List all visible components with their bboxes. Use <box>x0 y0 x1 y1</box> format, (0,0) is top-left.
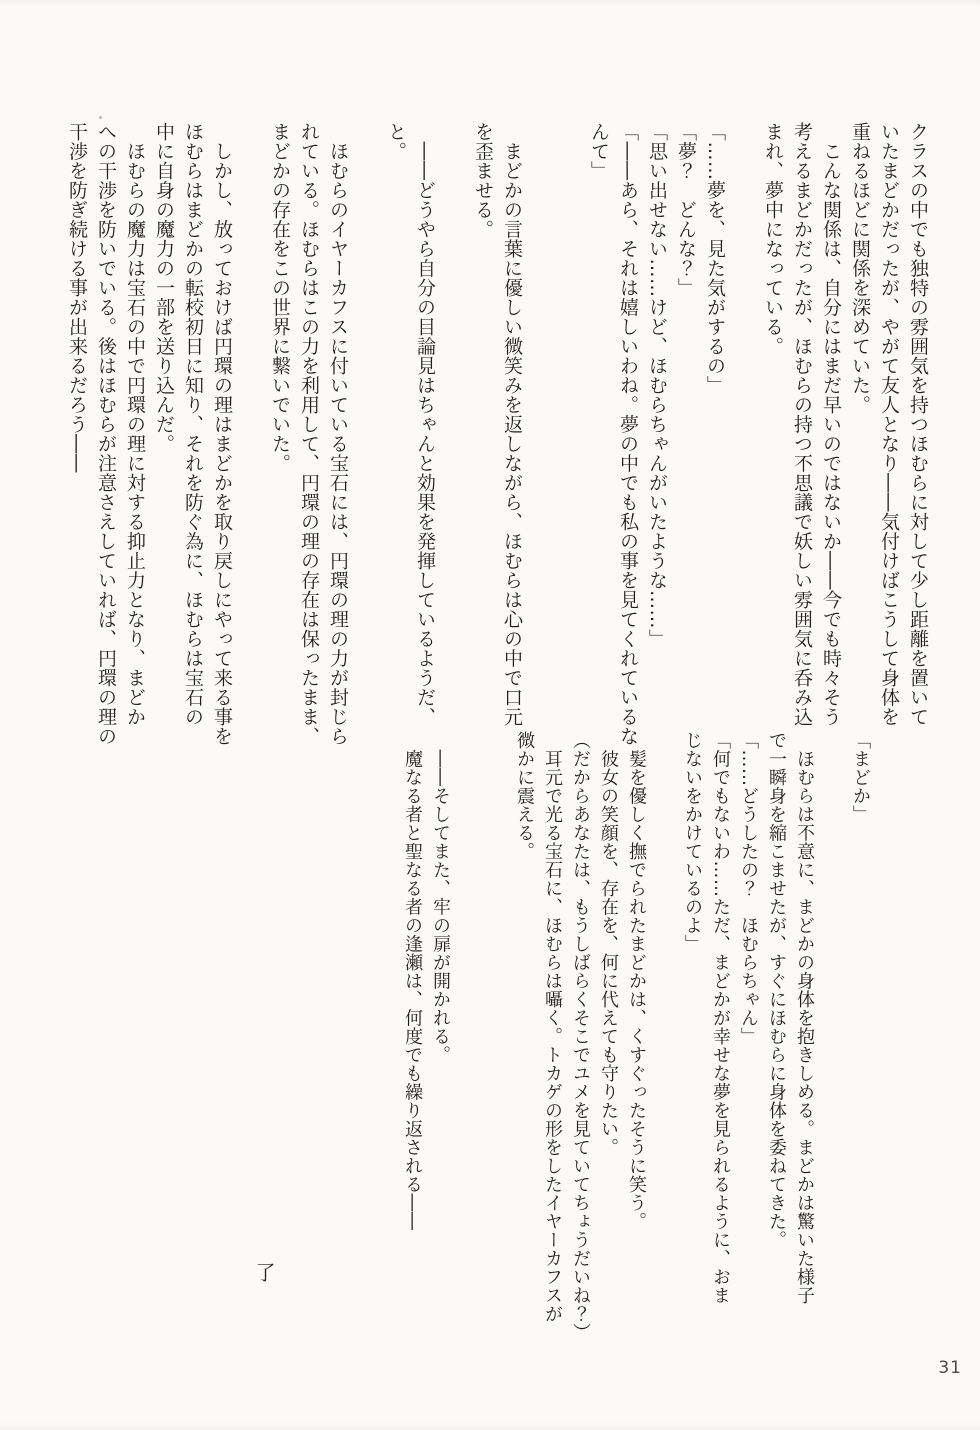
text-column: ほむらは不意に、まどかの身体を抱きしめる。まどかは驚いた様子 <box>790 731 818 1356</box>
text-column <box>526 122 555 756</box>
text-column: 考えるまどかだったが、ほむらの持つ不思議で妖しい雰囲気に呑み込 <box>787 122 816 756</box>
text-column: まどかの言葉に優しい微笑みを返しながら、ほむらは心の中で口元 <box>497 122 526 756</box>
text-column <box>439 122 468 756</box>
text-column: 重ねるほどに関係を深めていた。 <box>845 122 874 756</box>
text-column: こんな関係は、自分にはまだ早いのではないか――今でも時々そう <box>816 122 845 756</box>
text-column: んて」 <box>584 122 613 756</box>
text-column: 微かに震える。 <box>510 731 538 1356</box>
text-column: しかし、放っておけば円環の理はまどかを取り戻しにやって来る事を <box>207 122 236 756</box>
text-band-top: クラスの中でも独特の雰囲気を持つほむらに対して少し距離を置いていたまどかだったが… <box>62 122 932 756</box>
text-column: 髪を優しく撫でられたまどかは、くすぐったそうに笑う。 <box>622 731 650 1356</box>
text-column <box>454 731 482 1356</box>
text-column: 「……夢を、見た気がするの」 <box>700 122 729 756</box>
text-column: 「……どうしたの？ ほむらちゃん」 <box>734 731 762 1356</box>
text-column: と。 <box>381 122 410 756</box>
text-column: まどかの存在をこの世界に繋いでいた。 <box>265 122 294 756</box>
text-column: クラスの中でも独特の雰囲気を持つほむらに対して少し距離を置いて <box>903 122 932 756</box>
text-column: じないをかけているのよ」 <box>678 731 706 1356</box>
page-number: 31 <box>938 1358 962 1378</box>
text-column: 「――あら、それは嬉しいわね。夢の中でも私の事を見てくれているな <box>613 122 642 756</box>
text-column: （だからあなたは、もうしばらくそこでユメを見ていてちょうだいね？） <box>566 731 594 1356</box>
text-column: 彼女の笑顔を、存在を、何に代えても守りたい。 <box>594 731 622 1356</box>
text-column: で一瞬身を縮こませたが、すぐにほむらに身体を委ねてきた。 <box>762 731 790 1356</box>
scanned-novel-page: クラスの中でも独特の雰囲気を持つほむらに対して少し距離を置いていたまどかだったが… <box>0 0 980 1430</box>
text-column: ほむらのイヤーカフスに付いている宝石には、円環の理の力が封じら <box>323 122 352 756</box>
text-column: ほむらの魔力は宝石の中で円環の理に対する抑止力となり、まどか <box>120 122 149 756</box>
text-column: いたまどかだったが、やがて友人となり――気付けばこうして身体を <box>874 122 903 756</box>
text-column: 「何でもないわ……ただ、まどかが幸せな夢を見られるように、おま <box>706 731 734 1356</box>
text-column <box>818 731 846 1356</box>
text-column: 中に自身の魔力の一部を送り込んだ。 <box>149 122 178 756</box>
text-column: 「思い出せない……けど、ほむらちゃんがいたような……」 <box>642 122 671 756</box>
text-column: への干渉を防いでいる。後はほむらが注意さえしていれば、円環の理の <box>91 122 120 756</box>
text-column <box>729 122 758 756</box>
text-column: 耳元で光る宝石に、ほむらは囁く。トカゲの形をしたイヤーカフスが <box>538 731 566 1356</box>
text-column <box>352 122 381 756</box>
text-column: 「夢？ どんな？」 <box>671 122 700 756</box>
text-column: を歪ませる。 <box>468 122 497 756</box>
text-column: ――そしてまた、牢の扉が開かれる。 <box>426 731 454 1356</box>
text-column: 干渉を防ぎ続ける事が出来るだろう―― <box>62 122 91 756</box>
text-column: ――どうやら自分の目論見はちゃんと効果を発揮しているようだ、 <box>410 122 439 756</box>
text-column <box>650 731 678 1356</box>
end-mark: 了 <box>250 1262 279 1282</box>
text-column: 魔なる者と聖なる者の逢瀬は、何度でも繰り返される―― <box>398 731 426 1356</box>
text-column <box>555 122 584 756</box>
text-column: まれ、夢中になっている。 <box>758 122 787 756</box>
text-column: れている。ほむらはこの力を利用して、円環の理の存在は保ったまま、 <box>294 122 323 756</box>
scan-speck <box>99 116 102 119</box>
text-column <box>236 122 265 756</box>
text-column <box>482 731 510 1356</box>
text-band-bottom: 「まどか」 ほむらは不意に、まどかの身体を抱きしめる。まどかは驚いた様子で一瞬身… <box>398 731 874 1356</box>
text-column: ほむらはまどかの転校初日に知り、それを防ぐ為に、ほむらは宝石の <box>178 122 207 756</box>
text-column: 「まどか」 <box>846 731 874 1356</box>
